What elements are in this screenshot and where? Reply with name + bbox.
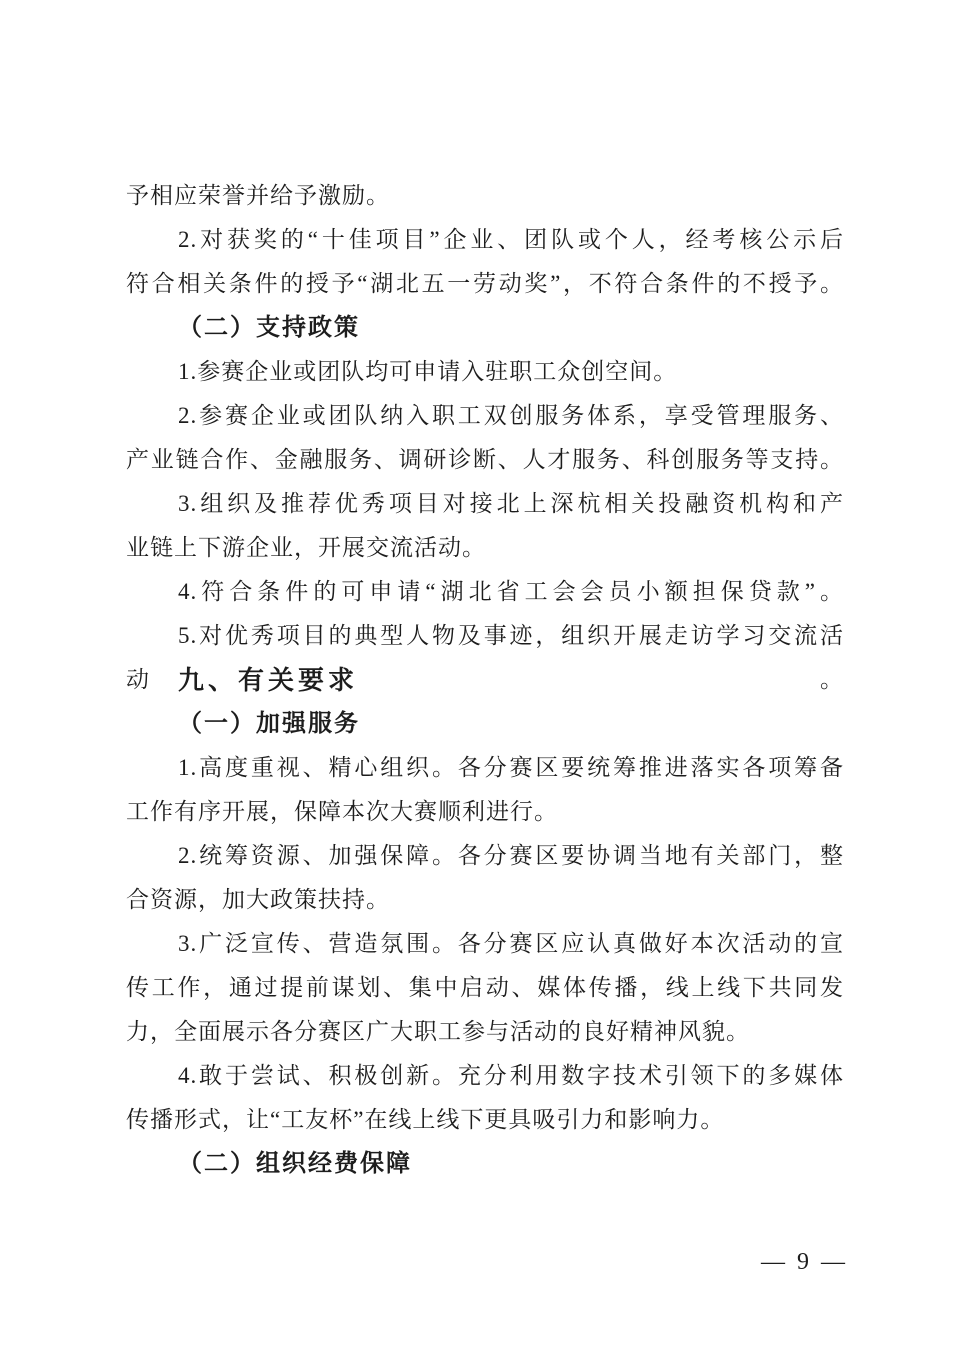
text-line: 业链上下游企业，开展交流活动。 — [126, 526, 844, 570]
page-number: — 9 — — [761, 1240, 848, 1284]
document-page: 予相应荣誉并给予激励。2.对获奖的“十佳项目”企业、团队或个人，经考核公示后符合… — [0, 0, 960, 1358]
text-line: 3.广泛宣传、营造氛围。各分赛区应认真做好本次活动的宣 — [126, 922, 844, 966]
text-line: 1.高度重视、精心组织。各分赛区要统筹推进落实各项筹备 — [126, 746, 844, 790]
text-line: 力，全面展示各分赛区广大职工参与活动的良好精神风貌。 — [126, 1010, 844, 1054]
section-heading: （一）加强服务 — [126, 702, 844, 746]
document-body: 予相应荣誉并给予激励。2.对获奖的“十佳项目”企业、团队或个人，经考核公示后符合… — [126, 174, 844, 1186]
text-line: 2.对获奖的“十佳项目”企业、团队或个人，经考核公示后 — [126, 218, 844, 262]
text-line: 5.对优秀项目的典型人物及事迹，组织开展走访学习交流活动。 — [126, 614, 844, 658]
text-line: 传工作，通过提前谋划、集中启动、媒体传播，线上线下共同发 — [126, 966, 844, 1010]
section-heading: （二）支持政策 — [126, 306, 844, 350]
text-line: 工作有序开展，保障本次大赛顺利进行。 — [126, 790, 844, 834]
text-line: 4.符合条件的可申请“湖北省工会会员小额担保贷款”。 — [126, 570, 844, 614]
text-line: 3.组织及推荐优秀项目对接北上深杭相关投融资机构和产 — [126, 482, 844, 526]
text-line: 符合相关条件的授予“湖北五一劳动奖”，不符合条件的不授予。 — [126, 262, 844, 306]
text-line: 2.参赛企业或团队纳入职工双创服务体系，享受管理服务、 — [126, 394, 844, 438]
text-line: 产业链合作、金融服务、调研诊断、人才服务、科创服务等支持。 — [126, 438, 844, 482]
text-line: 传播形式，让“工友杯”在线上线下更具吸引力和影响力。 — [126, 1098, 844, 1142]
text-line: 合资源，加大政策扶持。 — [126, 878, 844, 922]
text-line: 2.统筹资源、加强保障。各分赛区要协调当地有关部门，整 — [126, 834, 844, 878]
section-heading: （二）组织经费保障 — [126, 1142, 844, 1186]
text-line: 4.敢于尝试、积极创新。充分利用数字技术引领下的多媒体 — [126, 1054, 844, 1098]
text-line: 1.参赛企业或团队均可申请入驻职工众创空间。 — [126, 350, 844, 394]
text-line: 予相应荣誉并给予激励。 — [126, 174, 844, 218]
